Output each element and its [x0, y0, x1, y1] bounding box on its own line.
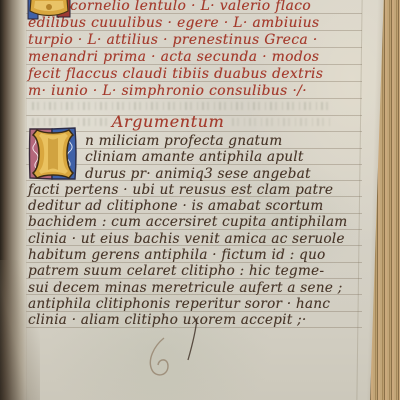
body-line: habitum gerens antiphila · fictum id : q…: [28, 247, 364, 263]
body-line: durus pr· animiq3 sese angebat: [28, 166, 364, 182]
rubric-line: cornelio lentulo · L· valerio flaco: [28, 0, 364, 15]
rubric-line: m· iunio · L· simphronio consulibus ·/·: [28, 83, 364, 100]
rubric-line: turpio · L· attilius · prenestinus Greca…: [28, 32, 364, 49]
body-line: n miliciam profecta gnatum: [28, 133, 364, 149]
body-line: clinia · ut eius bachis venit amica ac s…: [28, 231, 364, 247]
gutter-corner-shadow: [0, 260, 40, 400]
pen-flourish: [130, 316, 220, 388]
body-line: cliniam amante antiphila apult: [28, 149, 364, 165]
rubric-line: fecit flaccus claudi tibiis duabus dextr…: [28, 66, 364, 83]
rubric-block: cornelio lentulo · L· valerio flacoedili…: [28, 0, 364, 101]
body-line: sui decem minas meretricule aufert a sen…: [28, 280, 364, 296]
body-text-block: n miliciam profecta gnatumcliniam amante…: [28, 133, 364, 329]
rubric-line: edilibus cuuulibus · egere · L· ambiuius: [28, 15, 364, 32]
cropped-initial-icon: [27, 0, 71, 25]
body-line: facti pertens · ubi ut reusus est clam p…: [28, 182, 364, 198]
body-line: antiphila clitiphonis reperitur soror · …: [28, 296, 364, 312]
body-line: deditur ad clitiphone · is amabat scortu…: [28, 198, 364, 214]
body-line: bachidem : cum accersiret cupita antiphi…: [28, 214, 364, 230]
manuscript-photo: cornelio lentulo · L· valerio flacoedili…: [0, 0, 400, 400]
show-through-line: [32, 102, 328, 110]
body-line: patrem suum celaret clitipho : hic tegme…: [28, 263, 364, 279]
rubric-line: menandri prima · acta secunda · modos: [28, 49, 364, 66]
